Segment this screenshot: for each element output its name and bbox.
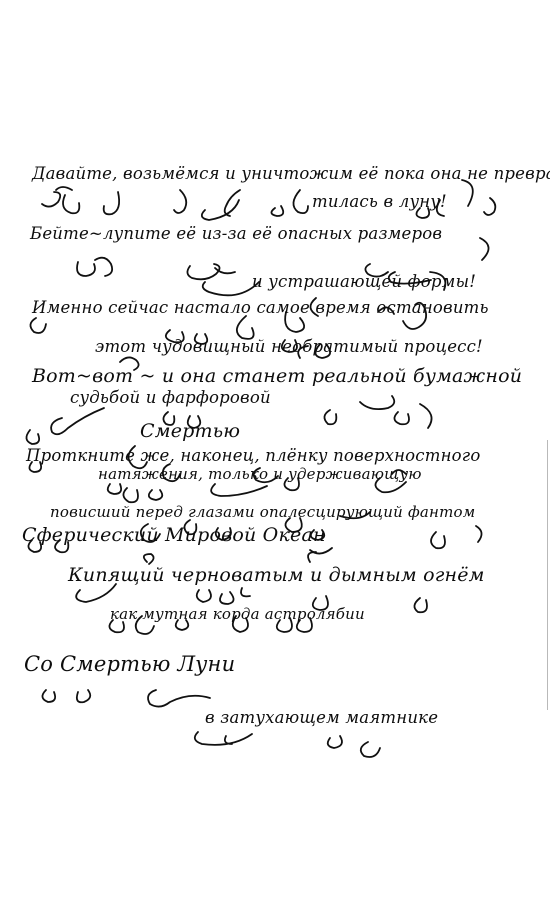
handwritten-page: Давайте, возьмёмся и уничтожим её пока о… (0, 0, 550, 911)
poem-line-2: тилась в луну! (312, 194, 447, 211)
poem-line-12: повисший перед глазами опалесцирующий фа… (50, 505, 475, 520)
poem-line-14: Кипящий черноватым и дымным огнём (68, 566, 485, 585)
poem-line-17: в затухающем маятнике (205, 710, 438, 727)
poem-line-7: Вот~вот ~ и она станет реальной бумажной (32, 367, 522, 386)
poem-line-1: Давайте, возьмёмся и уничтожим её пока о… (32, 166, 550, 183)
poem-line-10: Проткните же, наконец, плёнку поверхност… (26, 448, 480, 465)
poem-line-13: Сферический Мировой Океан (22, 526, 326, 545)
poem-line-9: Смертью (140, 422, 240, 441)
poem-line-8: судьбой и фарфоровой (70, 390, 271, 407)
poem-line-4: и устрашающей формы! (252, 274, 476, 291)
poem-line-16: Со Смертью Луни (24, 654, 235, 675)
poem-line-11: натяжения, только и удерживающую (98, 467, 422, 482)
poem-line-15: как мутная корда астролябии (110, 607, 365, 622)
poem-line-3: Бейте~лупите её из-за её опасных размеро… (30, 226, 442, 243)
scan-edge-line (547, 440, 548, 710)
poem-line-6: этот чудовищный необратимый процесс! (95, 339, 483, 356)
poem-line-5: Именно сейчас настало самое время остано… (32, 300, 489, 317)
